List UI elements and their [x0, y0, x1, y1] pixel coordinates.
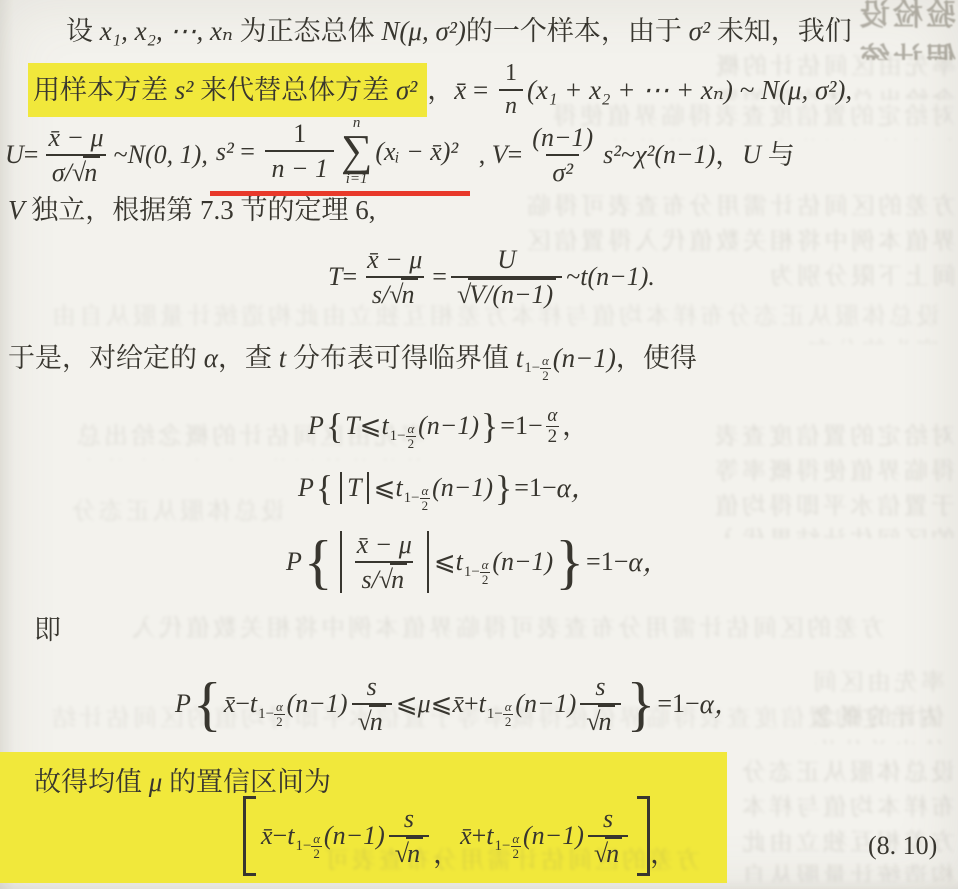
denominator: √n [389, 835, 429, 869]
equals-one-minus: =1− [500, 410, 542, 441]
paren-n-minus-1: (n−1) [287, 688, 348, 719]
equals-sign: = [342, 261, 357, 292]
brace-left: { [326, 408, 343, 444]
text-run: 的一个样本，由于 [466, 15, 689, 47]
subscript-pre: 1− [404, 489, 420, 507]
fraction-s-over-sqrt-n: s √n [580, 672, 620, 737]
var-t: t [381, 410, 388, 441]
equals-sign: = [24, 139, 39, 170]
sqrt-V-over-n-minus-1: √V/(n−1) [457, 280, 556, 309]
alpha-over-2: α2 [546, 406, 560, 447]
var-xbar: x̄ [224, 688, 236, 719]
abs-bar [340, 472, 342, 504]
tilde-sign: ~ [114, 139, 128, 170]
alpha-comma: α， [557, 472, 598, 504]
sqrt-n: √n [594, 839, 622, 868]
plus-sign: + [472, 820, 487, 851]
equals-sign: = [508, 139, 523, 170]
leq-sign: ⩽ [434, 546, 456, 577]
s-slash: s/ [372, 280, 389, 309]
text-run: 独立，根据第 7.3 节的定理 6, [25, 194, 376, 226]
denominator: √n [588, 835, 628, 869]
t-critical-subscript: 1−α2 [295, 832, 321, 860]
summation: n ∑ i=1 [341, 116, 372, 186]
paragraph-line-6: 于是，对给定的 α，查 t 分布表可得临界值 t 1−α2 (n−1) ，使得 [8, 336, 697, 380]
text-run: 分布表可得临界值 [286, 342, 516, 374]
var-T: T [345, 410, 359, 441]
sqrt-n: √n [395, 839, 423, 868]
paren-n-minus-1: (n−1) [432, 472, 493, 503]
denominator: √n [352, 703, 392, 737]
two: 2 [406, 436, 417, 451]
var-T: T [347, 472, 361, 503]
comma: ， [433, 838, 460, 870]
bracket-left [243, 796, 256, 876]
radicand: n [605, 837, 622, 868]
var-P: P [175, 688, 191, 719]
text-run: ，查 [218, 342, 279, 374]
var-t: t [250, 688, 257, 719]
sum-lower-limit: i=1 [346, 172, 368, 187]
scanned-textbook-page: 验检设假计统率概节本 率先由区间估计的概念给出总体均值的置信区间由于方差未知需用… [0, 0, 958, 889]
alpha-over-2: α2 [406, 422, 417, 450]
bracket-right [637, 796, 650, 876]
comma: ， [562, 410, 589, 442]
radicand: n [401, 278, 418, 309]
subscript-pre: 1− [464, 563, 480, 581]
numerator: s [398, 804, 420, 835]
radicand: n [83, 156, 100, 187]
math-run-s-squared: s² [175, 74, 194, 106]
subscript-pre: 1− [524, 359, 540, 377]
var-t: t [279, 342, 287, 374]
leq-sign: ⩽ [431, 688, 453, 719]
paren-n-minus-1: (n−1) [492, 546, 553, 577]
math-run-sigma-squared: σ² [689, 15, 710, 47]
two: 2 [480, 572, 491, 587]
brace-left: { [304, 532, 333, 592]
alpha-over-2: α2 [311, 832, 322, 860]
alpha-over-2: α2 [540, 354, 551, 382]
abs-bar [427, 531, 429, 593]
paragraph-line-4: V 独立，根据第 7.3 节的定理 6, [8, 192, 376, 228]
subscript-pre: 1− [487, 705, 503, 723]
var-t: t [456, 546, 463, 577]
sigma-sum-sign: ∑ [341, 131, 372, 171]
equation-confidence-interval: x̄ − t 1−α2 (n−1) s √n ， x̄ + t 1−α2 (n−… [243, 794, 677, 878]
var-U: U [742, 139, 761, 170]
t-critical-subscript: 1−α2 [487, 700, 513, 728]
fraction-T-left: x̄ − μ s/√n [361, 245, 428, 310]
equals-sign: = [234, 136, 262, 167]
var-V: V [8, 194, 25, 226]
numerator: x̄ − μ [361, 245, 428, 276]
text-run: 即 [34, 614, 61, 646]
equals-sign: = [432, 261, 447, 292]
abs-bar [340, 531, 342, 593]
text-run: 为正态总体 [233, 15, 382, 47]
sqrt-n: √n [389, 280, 417, 309]
alpha: α [407, 422, 414, 436]
equation-P-T: P { T ⩽ t 1−α2 (n−1) } =1− α2 ， [308, 398, 589, 454]
denominator: √n [580, 703, 620, 737]
leq-sign: ⩽ [396, 688, 418, 719]
two: 2 [311, 846, 322, 861]
t-critical-subscript: 1−α2 [524, 354, 550, 382]
fraction-standardized-mean: x̄ − μ s/√n [351, 530, 418, 595]
var-U: U [5, 139, 24, 170]
var-t: t [287, 820, 294, 851]
text-run: 故得均值 [34, 766, 149, 798]
alpha-over-2: α2 [420, 484, 431, 512]
tilde-sign: ~ [621, 139, 635, 170]
denominator: s/√n [366, 276, 424, 310]
t-critical-subscript: 1−α2 [495, 832, 521, 860]
alpha: α [276, 700, 283, 714]
equals-one-minus: =1− [586, 546, 628, 577]
text-run: ，使得 [616, 342, 697, 374]
var-t: t [479, 688, 486, 719]
sqrt-n: √n [379, 565, 407, 594]
numerator: x̄ − μ [351, 530, 418, 561]
text-run: 用样本方差 [33, 74, 175, 106]
plus-sign: + [464, 688, 479, 719]
alpha-comma: α， [628, 546, 669, 578]
var-t: t [395, 472, 402, 503]
radicand: n [598, 705, 615, 736]
two: 2 [503, 714, 514, 729]
subscript-pre: 1− [390, 427, 406, 445]
brace-right: } [481, 408, 498, 444]
comma: , [472, 139, 492, 170]
denominator: √V/(n−1) [451, 276, 562, 310]
math-run-sample-mean: (x₁ + x₂ + ⋯ + xₙ) ~ N(μ, σ²), [527, 74, 852, 106]
denominator: σ² [546, 154, 579, 188]
alpha: α [512, 832, 519, 846]
paren-n-minus-1: (n−1) [515, 688, 576, 719]
subscript-pre: 1− [258, 705, 274, 723]
fraction-s-over-sqrt-n: s √n [352, 672, 392, 737]
equals-one-minus: =1− [514, 472, 556, 503]
alpha-comma: α， [700, 688, 741, 720]
alpha: α [547, 406, 557, 426]
fraction-U-statistic: x̄ − μ σ/√n [42, 123, 109, 188]
var-xbar: x̄ [452, 688, 464, 719]
s-slash: s/ [361, 565, 378, 594]
fraction-s-over-sqrt-n: s √n [588, 804, 628, 869]
comma: ， [650, 838, 677, 870]
numerator: s [361, 672, 383, 703]
denominator: s/√n [355, 561, 413, 595]
numerator: s [597, 804, 619, 835]
paragraph-line-ji: 即 [34, 612, 61, 648]
var-t: t [486, 820, 493, 851]
numerator: (n−1) [526, 123, 599, 154]
minus-sign: − [273, 820, 288, 851]
var-xbar: x̄ [460, 820, 472, 851]
brace-right: } [495, 470, 512, 506]
subscript-pre: 1− [295, 837, 311, 855]
numerator: x̄ − μ [42, 123, 109, 154]
radicand: n [369, 705, 386, 736]
text-run: 未知，我们 [710, 15, 852, 47]
var-xbar: x̄ [454, 74, 466, 106]
numerator: 1 [499, 60, 523, 89]
var-T: T [328, 261, 342, 292]
equation-T-statistic: T = x̄ − μ s/√n = U √V/(n−1) ~ t(n−1). [328, 240, 655, 314]
fraction-T-right: U √V/(n−1) [451, 245, 562, 310]
paren-n-minus-1: (n−1) [523, 820, 584, 851]
equation-confidence-probability: P { x̄ − t 1−α2 (n−1) s √n ⩽ μ ⩽ x̄ + t … [175, 662, 741, 746]
equation-number: (8. 10) [868, 830, 937, 862]
t-critical-subscript: 1−α2 [258, 700, 284, 728]
fraction-V-statistic: (n−1) σ² [526, 123, 599, 188]
minus-sign: − [235, 688, 250, 719]
alpha: α [542, 354, 549, 368]
var-alpha: α [204, 342, 218, 374]
text-run: ， [427, 74, 454, 106]
numerator: s [589, 672, 611, 703]
text-run: 来代替总体方差 [193, 74, 396, 106]
sqrt-n: √n [72, 158, 100, 187]
alpha-over-2: α2 [480, 558, 491, 586]
var-P: P [298, 472, 314, 503]
paren-n-minus-1: (n−1) [324, 820, 385, 851]
leq-sign: ⩽ [360, 410, 382, 441]
two: 2 [546, 426, 560, 447]
equals-sign: = [466, 74, 495, 106]
var-P: P [308, 410, 324, 441]
var-P: P [286, 546, 302, 577]
alpha: α [421, 484, 428, 498]
paren-n-minus-1: (n−1) [418, 410, 479, 441]
fraction-one-over-n-minus-1: 1 n − 1 [265, 119, 334, 184]
leq-sign: ⩽ [374, 472, 396, 503]
tilde-sign: ~ [566, 261, 580, 292]
math-run-N01: N(0, 1), [128, 139, 208, 170]
brace-left: { [316, 470, 333, 506]
equation-P-abs-T: P { T ⩽ t 1−α2 (n−1) } =1− α， [298, 466, 598, 510]
math-run-normal-population: N(μ, σ²) [381, 15, 465, 47]
radicand: n [406, 837, 423, 868]
denominator: n − 1 [265, 150, 334, 184]
text-run: 于是，对给定的 [8, 342, 204, 374]
alpha: α [482, 558, 489, 572]
bleedthrough-text: 方差的区间估计需用分布查表可得临界值本例中将相关数值代入得置信区间上下限分别为 [115, 612, 885, 650]
paragraph-line-1: 设 x₁, x₂, ⋯, xₙ 为正态总体 N(μ, σ²)的一个样本，由于 σ… [66, 10, 852, 52]
math-run-sigma-squared: σ² [396, 74, 417, 106]
radicand: n [390, 563, 407, 594]
var-t: t [516, 342, 524, 374]
bleedthrough-text: 设总体服从正态分布样本均值与样本方差相互独立由此构造统计量服从自由度为的分布 [735, 756, 955, 882]
equals-one-minus: =1− [657, 688, 699, 719]
two: 2 [274, 714, 285, 729]
paren-n-minus-1: (n−1) [553, 342, 616, 374]
alpha-over-2: α2 [511, 832, 522, 860]
text-run: 与 [761, 139, 795, 171]
brace-left: { [193, 674, 222, 734]
text-run: 设 [66, 15, 100, 47]
brace-right: } [627, 674, 656, 734]
var-xbar: x̄ [261, 820, 273, 851]
t-critical-subscript: 1−α2 [390, 422, 416, 450]
subscript-pre: 1− [495, 837, 511, 855]
paragraph-line-3: U = x̄ − μ σ/√n ~ N(0, 1), s² = 1 n − 1 … [5, 112, 795, 198]
sqrt-n: √n [358, 707, 386, 736]
numerator: U [491, 245, 522, 276]
radicand: V/(n−1) [468, 278, 556, 309]
equation-P-abs-fraction: P { x̄ − μ s/√n ⩽ t 1−α2 (n−1) } =1− α， [286, 520, 670, 604]
equation-number-label: (8. 10) [868, 830, 937, 861]
denominator: σ/√n [46, 154, 106, 188]
t-critical-subscript: 1−α2 [464, 558, 490, 586]
bleedthrough-text: 设总体服从正态分布样本均值与样本方差相互独立由此构造统计量服从自由度为的分布 [55, 495, 285, 533]
highlighted-conclusion-block: 方差的区间估计需用分布查表可得临界值本例中将相关数值代入得置信区间上下限分别为 … [0, 752, 727, 883]
sqrt-n: √n [586, 707, 614, 736]
comma: ， [715, 139, 742, 171]
fraction-s-over-sqrt-n: s √n [389, 804, 429, 869]
bleedthrough-text: 对给定的置信度查表得临界值使得概率等于置信水平即得均值的区间估计结果代入数值计算… [690, 420, 955, 538]
highlighted-phrase-sample-variance: 用样本方差 s² 来代替总体方差 σ² [28, 63, 427, 117]
alpha: α [505, 700, 512, 714]
red-underlined-s2-formula: s² = 1 n − 1 n ∑ i=1 (xᵢ − x̄)² [210, 114, 470, 195]
brace-right: } [555, 532, 584, 592]
t-critical-subscript: 1−α2 [404, 484, 430, 512]
two: 2 [420, 498, 431, 513]
var-s-squared: s² [603, 139, 621, 170]
math-run-chi-squared: χ²(n−1) [635, 139, 715, 170]
alpha-over-2: α2 [503, 700, 514, 728]
math-run-t-distribution: t(n−1). [580, 261, 655, 292]
var-s-squared: s² [216, 136, 234, 167]
var-mu: μ [149, 766, 163, 798]
alpha-over-2: α2 [274, 700, 285, 728]
var-mu: μ [418, 688, 431, 719]
alpha: α [313, 832, 320, 846]
two: 2 [540, 368, 551, 383]
math-run-sample: x₁, x₂, ⋯, xₙ [100, 15, 233, 47]
two: 2 [511, 846, 522, 861]
sigma-slash: σ/ [52, 158, 72, 187]
abs-bar [367, 472, 369, 504]
math-run-deviation-squared: (xᵢ − x̄)² [375, 136, 458, 167]
numerator: 1 [287, 119, 312, 150]
var-V: V [492, 139, 508, 170]
